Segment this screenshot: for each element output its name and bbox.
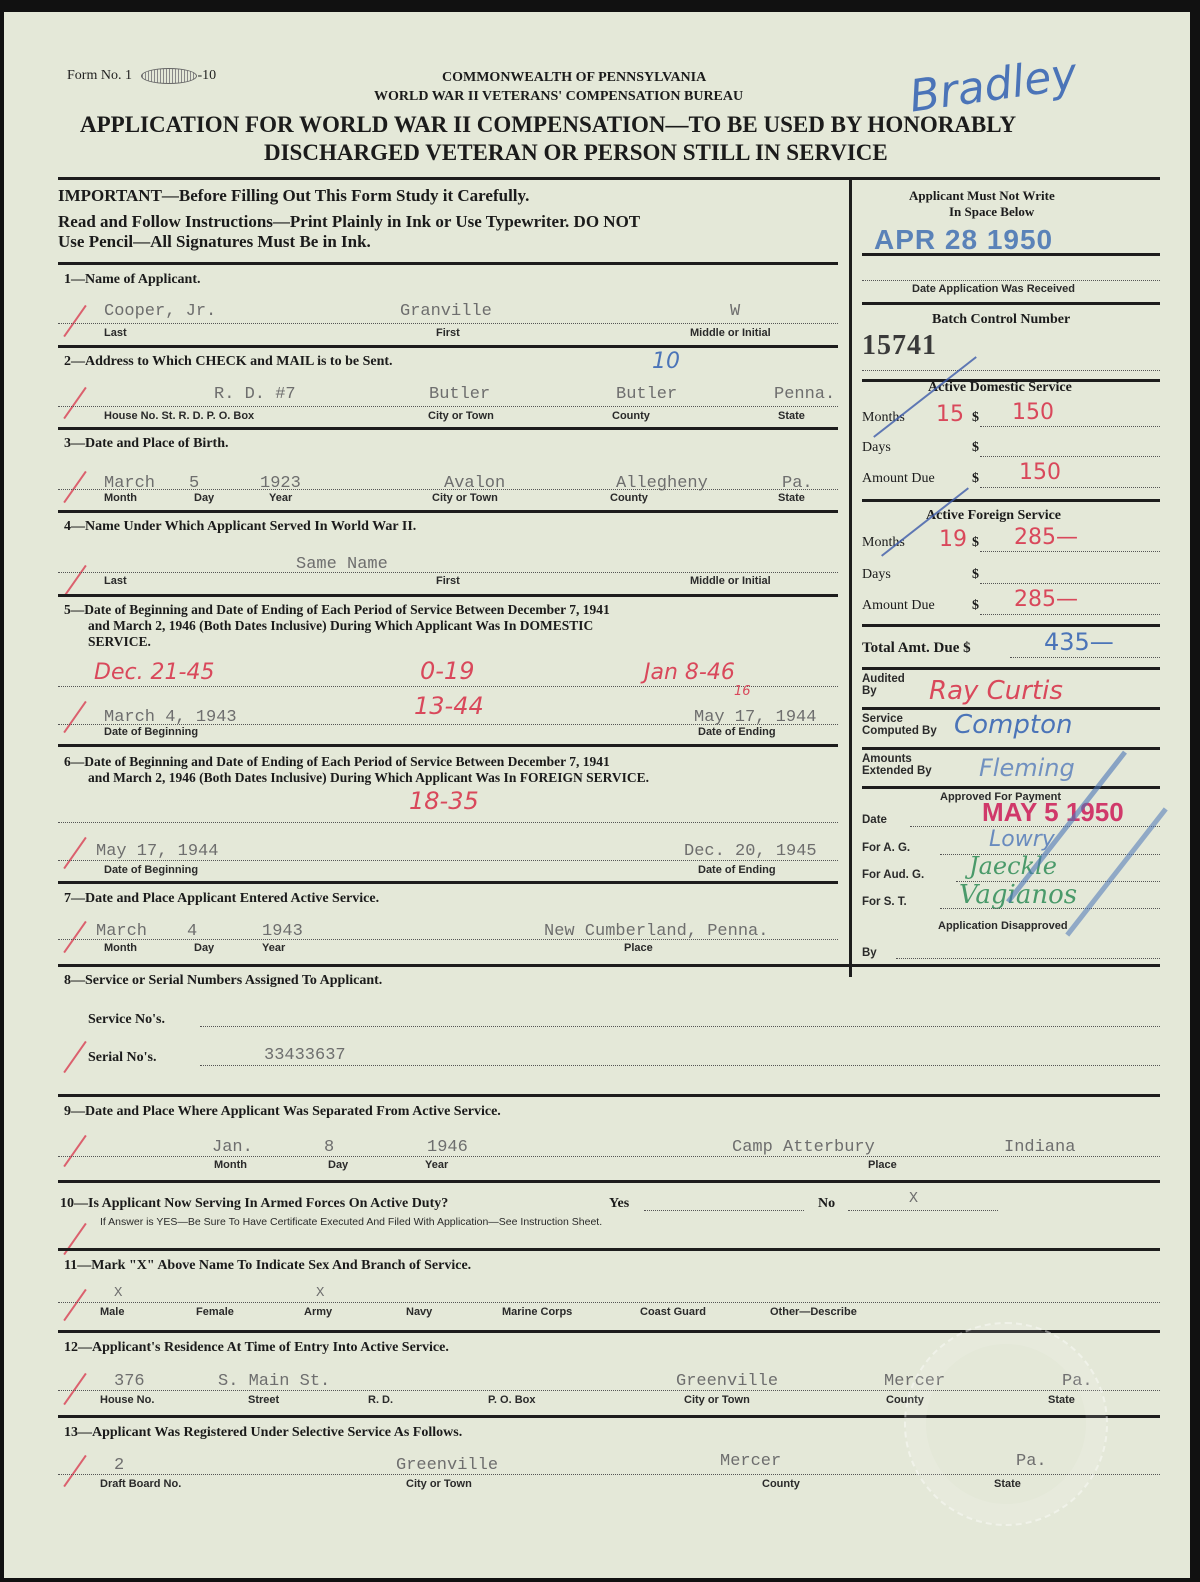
audited-label-line1: Audited <box>862 673 905 685</box>
application-form: Form No. 1 -10 COMMONWEALTH OF PENNSYLVA… <box>4 12 1190 1578</box>
section10-note: If Answer is YES—Be Sure To Have Certifi… <box>100 1216 602 1228</box>
extended-label-line2: Extended By <box>862 765 932 777</box>
separation-month[interactable]: Jan. <box>212 1138 253 1157</box>
form-suffix: -10 <box>197 68 216 83</box>
birth-day[interactable]: 5 <box>189 474 199 493</box>
caption-year: Year <box>262 942 285 954</box>
foreign-hand-mid: 18-35 <box>409 787 479 815</box>
caption-city: City or Town <box>432 492 498 504</box>
birth-month[interactable]: March <box>104 474 155 493</box>
section3-label: 3—Date and Place of Birth. <box>64 436 228 452</box>
birth-year[interactable]: 1923 <box>260 474 301 493</box>
caption-middle: Middle or Initial <box>690 327 771 339</box>
batch-label: Batch Control Number <box>932 312 1070 328</box>
section9-label: 9—Date and Place Where Applicant Was Sep… <box>64 1104 501 1120</box>
computed-label-line1: Service <box>862 713 903 725</box>
service-numbers-label: Service No's. <box>88 1012 165 1028</box>
mark-army[interactable]: X <box>316 1285 324 1301</box>
domestic-months-value: 15 <box>936 402 964 427</box>
form-number-text: Form No. 1 <box>67 68 132 83</box>
currency: $ <box>972 410 979 426</box>
audited-label-line2: By <box>862 685 877 697</box>
caption-house: House No. <box>100 1394 154 1406</box>
currency: $ <box>972 598 979 614</box>
section8-label: 8—Service or Serial Numbers Assigned To … <box>64 973 382 989</box>
caption-street: Street <box>248 1394 279 1406</box>
residence-city[interactable]: Greenville <box>676 1372 778 1391</box>
address-annotation: 10 <box>652 349 680 374</box>
agency-line2: WORLD WAR II VETERANS' COMPENSATION BURE… <box>374 89 743 105</box>
active-duty-yes-label: Yes <box>609 1196 629 1212</box>
residence-street[interactable]: S. Main St. <box>218 1372 330 1391</box>
domestic-days-label: Days <box>862 440 891 456</box>
birth-state[interactable]: Pa. <box>782 474 813 493</box>
section11-label: 11—Mark "X" Above Name To Indicate Sex A… <box>64 1258 471 1274</box>
caption-rd: R. D. <box>368 1394 393 1406</box>
domestic-due-label: Amount Due <box>862 471 935 487</box>
draft-board-number[interactable]: 2 <box>114 1456 124 1475</box>
domestic-date-correction: 16 <box>734 684 751 699</box>
caption-house: House No. St. R. D. P. O. Box <box>104 410 254 422</box>
caption-month: Month <box>214 1159 247 1171</box>
office-column-divider <box>849 177 852 977</box>
extended-signature: Fleming <box>979 754 1075 782</box>
domestic-hand-end: Jan 8-46 <box>644 660 735 685</box>
approved-date-stamp: MAY 5 1950 <box>982 797 1124 828</box>
form-number: Form No. 1 -10 <box>67 68 216 84</box>
option-navy: Navy <box>406 1306 432 1318</box>
option-army: Army <box>304 1306 332 1318</box>
serial-numbers-label: Serial No's. <box>88 1050 156 1066</box>
separation-year[interactable]: 1946 <box>427 1138 468 1157</box>
caption-year: Year <box>425 1159 448 1171</box>
applicant-middle-initial[interactable]: W <box>730 302 740 321</box>
currency: $ <box>972 567 979 583</box>
applicant-last-name[interactable]: Cooper, Jr. <box>104 302 216 321</box>
domestic-hand-mid: 0-19 <box>420 657 474 685</box>
batch-number: 15741 <box>862 330 937 362</box>
option-male: Male <box>100 1306 124 1318</box>
disapproved-heading: Application Disapproved <box>938 920 1068 932</box>
embossed-seal <box>904 1322 1108 1526</box>
mail-state[interactable]: Penna. <box>774 385 835 404</box>
foreign-heading: Active Foreign Service <box>926 508 1061 524</box>
mail-house[interactable]: R. D. #7 <box>214 385 296 404</box>
caption-last: Last <box>104 575 127 587</box>
foreign-months-value: 19 <box>939 527 967 552</box>
received-date-stamp: APR 28 1950 <box>874 224 1053 256</box>
foreign-months-amount: 285— <box>1014 525 1078 550</box>
instructions-line2: Read and Follow Instructions—Print Plain… <box>58 212 640 232</box>
birth-county[interactable]: Allegheny <box>616 474 708 493</box>
section5-label-line1: 5—Date of Beginning and Date of Ending o… <box>64 602 610 618</box>
caption-county: County <box>762 1478 800 1490</box>
for-ag-signature: Lowry <box>989 827 1055 852</box>
section5-label-line3: SERVICE. <box>88 634 151 650</box>
domestic-hand-mid2: 13-44 <box>414 692 484 720</box>
section12-label: 12—Applicant's Residence At Time of Entr… <box>64 1340 449 1356</box>
caption-month: Month <box>104 942 137 954</box>
separation-state[interactable]: Indiana <box>1004 1138 1075 1157</box>
caption-year: Year <box>269 492 292 504</box>
caption-county: County <box>612 410 650 422</box>
applicant-first-name[interactable]: Granville <box>400 302 492 321</box>
section6-label-line1: 6—Date of Beginning and Date of Ending o… <box>64 754 610 770</box>
currency: $ <box>972 440 979 456</box>
mail-county[interactable]: Butler <box>616 385 677 404</box>
domestic-heading: Active Domestic Service <box>928 380 1072 396</box>
total-amount: 435— <box>1044 628 1114 656</box>
separation-place[interactable]: Camp Atterbury <box>732 1138 875 1157</box>
caption-day: Day <box>194 942 214 954</box>
domestic-due-amount: 150 <box>1019 460 1061 485</box>
computed-label: ServiceComputed By <box>862 713 937 737</box>
instructions-line3: Use Pencil—All Signatures Must Be in Ink… <box>58 232 371 252</box>
caption-first: First <box>436 575 460 587</box>
caption-first: First <box>436 327 460 339</box>
caption-place: Place <box>624 942 653 954</box>
foreign-days-label: Days <box>862 567 891 583</box>
received-caption: Date Application Was Received <box>912 283 1075 295</box>
disapproved-by-label: By <box>862 947 877 959</box>
computed-label-line2: Computed By <box>862 725 937 737</box>
page-title-line2: DISCHARGED VETERAN OR PERSON STILL IN SE… <box>264 140 888 166</box>
caption-begin: Date of Beginning <box>104 864 198 876</box>
birth-city[interactable]: Avalon <box>444 474 505 493</box>
extended-label-line1: Amounts <box>862 753 912 765</box>
for-st-label: For S. T. <box>862 896 907 908</box>
instructions-line1: IMPORTANT—Before Filling Out This Form S… <box>58 186 529 206</box>
caption-last: Last <box>104 327 127 339</box>
for-ag-label: For A. G. <box>862 842 910 854</box>
foreign-due-label: Amount Due <box>862 598 935 614</box>
serial-numbers-value[interactable]: 33433637 <box>264 1046 346 1065</box>
caption-city: City or Town <box>428 410 494 422</box>
union-label-icon <box>141 68 197 84</box>
mark-male[interactable]: X <box>114 1285 122 1301</box>
caption-middle: Middle or Initial <box>690 575 771 587</box>
residence-house[interactable]: 376 <box>114 1372 145 1391</box>
foreign-due-amount: 285— <box>1014 587 1078 612</box>
caption-end: Date of Ending <box>698 726 776 738</box>
agency-line1: COMMONWEALTH OF PENNSYLVANIA <box>442 70 706 86</box>
caption-day: Day <box>194 492 214 504</box>
audited-label: AuditedBy <box>862 673 905 697</box>
draft-city[interactable]: Greenville <box>396 1456 498 1475</box>
section6-label-line2: and March 2, 1946 (Both Dates Inclusive)… <box>88 770 649 786</box>
currency: $ <box>972 471 979 487</box>
domestic-hand-begin: Dec. 21-45 <box>94 660 214 685</box>
option-female: Female <box>196 1306 234 1318</box>
office-heading-line2: In Space Below <box>949 204 1034 220</box>
option-marine-corps: Marine Corps <box>502 1306 572 1318</box>
caption-begin: Date of Beginning <box>104 726 198 738</box>
caption-po-box: P. O. Box <box>488 1394 535 1406</box>
mail-city[interactable]: Butler <box>429 385 490 404</box>
section7-label: 7—Date and Place Applicant Entered Activ… <box>64 891 379 907</box>
caption-city: City or Town <box>684 1394 750 1406</box>
caption-state: State <box>778 492 805 504</box>
option-coast-guard: Coast Guard <box>640 1306 706 1318</box>
foreign-begin-date[interactable]: May 17, 1944 <box>96 842 218 861</box>
caption-month: Month <box>104 492 137 504</box>
caption-place: Place <box>868 1159 897 1171</box>
page-title-line1: APPLICATION FOR WORLD WAR II COMPENSATIO… <box>80 112 1016 138</box>
foreign-end-date[interactable]: Dec. 20, 1945 <box>684 842 817 861</box>
audited-signature: Ray Curtis <box>929 676 1063 706</box>
section10-label: 10—Is Applicant Now Serving In Armed For… <box>60 1196 448 1212</box>
caption-county: County <box>610 492 648 504</box>
total-label: Total Amt. Due $ <box>862 640 971 657</box>
office-heading-line1: Applicant Must Not Write <box>909 188 1055 204</box>
computed-signature: Compton <box>954 710 1072 740</box>
section13-label: 13—Applicant Was Registered Under Select… <box>64 1425 462 1441</box>
active-duty-no-mark[interactable]: X <box>909 1190 918 1207</box>
section1-label: 1—Name of Applicant. <box>64 272 201 288</box>
caption-end: Date of Ending <box>698 864 776 876</box>
caption-state: State <box>778 410 805 422</box>
section5-label-line2: and March 2, 1946 (Both Dates Inclusive)… <box>88 618 593 634</box>
caption-day: Day <box>328 1159 348 1171</box>
section2-label: 2—Address to Which CHECK and MAIL is to … <box>64 354 393 370</box>
approved-date-label: Date <box>862 814 887 826</box>
option-other: Other—Describe <box>770 1306 857 1318</box>
active-duty-no-label: No <box>818 1196 835 1212</box>
separation-day[interactable]: 8 <box>324 1138 334 1157</box>
extended-label: AmountsExtended By <box>862 753 932 777</box>
caption-board: Draft Board No. <box>100 1478 181 1490</box>
currency: $ <box>972 535 979 551</box>
for-aud-g-label: For Aud. G. <box>862 869 924 881</box>
domestic-months-amount: 150 <box>1012 400 1054 425</box>
section4-label: 4—Name Under Which Applicant Served In W… <box>64 519 416 535</box>
caption-city: City or Town <box>406 1478 472 1490</box>
draft-county[interactable]: Mercer <box>720 1452 781 1471</box>
